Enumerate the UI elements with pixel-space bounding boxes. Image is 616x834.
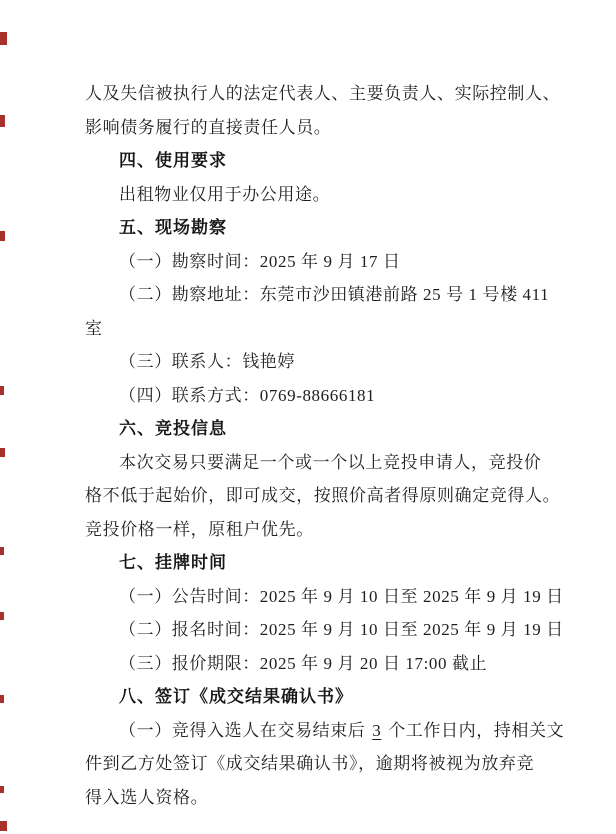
section-heading: 六、竞投信息	[85, 412, 560, 446]
text-line: （一）公告时间：2025 年 9 月 10 日至 2025 年 9 月 19 日	[85, 580, 560, 614]
red-scan-mark	[0, 32, 7, 45]
red-scan-mark	[0, 115, 5, 127]
text-line: （二）勘察地址：东莞市沙田镇港前路 25 号 1 号楼 411	[85, 278, 560, 312]
document-body: 人及失信被执行人的法定代表人、主要负责人、实际控制人、影响债务履行的直接责任人员…	[85, 77, 560, 814]
red-scan-mark	[0, 786, 4, 793]
text-line: 本次交易只要满足一个或一个以上竞投申请人，竞投价	[85, 446, 560, 480]
text-line: 出租物业仅用于办公用途。	[85, 178, 560, 212]
text-line: 室	[85, 312, 560, 346]
section-heading: 五、现场勘察	[85, 211, 560, 245]
section-heading: 七、挂牌时间	[85, 546, 560, 580]
underlined-number: 3	[370, 721, 383, 740]
text-line: （一）竞得入选人在交易结束后 3 个工作日内，持相关文	[85, 714, 560, 748]
red-scan-mark	[0, 612, 4, 620]
red-scan-mark	[0, 386, 4, 395]
text-line: （二）报名时间：2025 年 9 月 10 日至 2025 年 9 月 19 日	[85, 613, 560, 647]
document-page: 人及失信被执行人的法定代表人、主要负责人、实际控制人、影响债务履行的直接责任人员…	[0, 0, 616, 834]
text-line: （三）报价期限：2025 年 9 月 20 日 17:00 截止	[85, 647, 560, 681]
text-line: 竞投价格一样，原租户优先。	[85, 513, 560, 547]
red-scan-mark	[0, 448, 5, 457]
text-line: 件到乙方处签订《成交结果确认书》，逾期将被视为放弃竞	[85, 747, 560, 781]
text-line: （三）联系人：钱艳婷	[85, 345, 560, 379]
text-line: （四）联系方式：0769-88666181	[85, 379, 560, 413]
red-scan-mark	[0, 547, 4, 555]
text-line: （一）勘察时间：2025 年 9 月 17 日	[85, 245, 560, 279]
text-line: 影响债务履行的直接责任人员。	[85, 111, 560, 145]
red-scan-mark	[0, 821, 7, 831]
red-scan-mark	[0, 695, 4, 703]
red-scan-mark	[0, 231, 5, 241]
text-line: 格不低于起始价，即可成交，按照价高者得原则确定竞得人。	[85, 479, 560, 513]
text-line: 得入选人资格。	[85, 781, 560, 815]
section-heading: 四、使用要求	[85, 144, 560, 178]
section-heading: 八、签订《成交结果确认书》	[85, 680, 560, 714]
text-line: 人及失信被执行人的法定代表人、主要负责人、实际控制人、	[85, 77, 560, 111]
